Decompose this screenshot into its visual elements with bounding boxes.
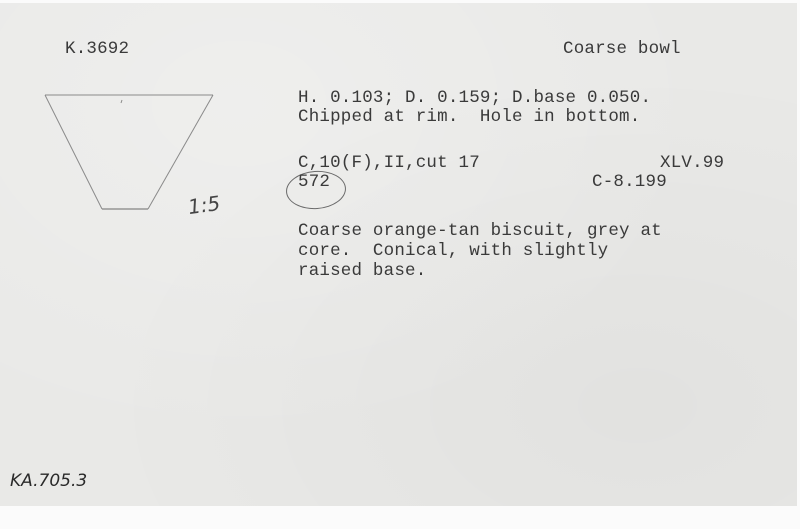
catalog-card: K.3692 Coarse bowl H. 0.103; D. 0.159; D…	[0, 3, 797, 506]
bowl-profile-drawing	[0, 3, 797, 506]
drawing-scale: 1:5	[186, 191, 221, 219]
inventory-code: KA.705.3	[10, 471, 87, 491]
